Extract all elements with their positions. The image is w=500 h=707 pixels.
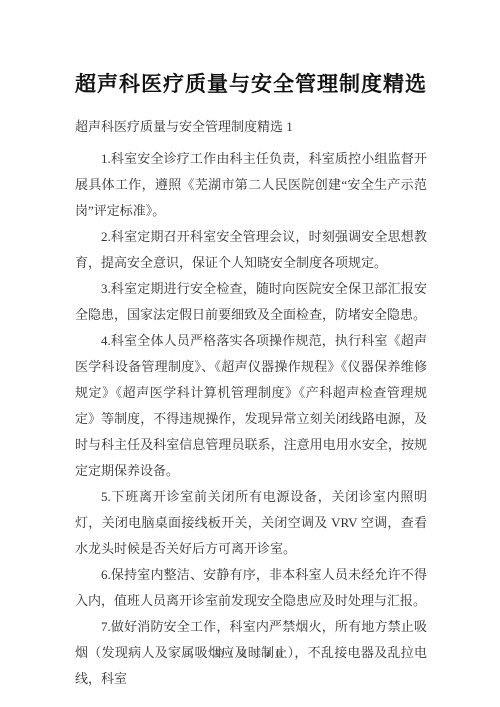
document-content: 超声科医疗质量与安全管理制度精选 超声科医疗质量与安全管理制度精选 1 1.科室… — [0, 0, 500, 692]
paragraph-6: 6.保持室内整洁、安静有序，非本科室人员未经允许不得入内，值班人员离开诊室前发现… — [75, 562, 427, 614]
paragraph-4: 4.科室全体人员严格落实各项操作规范，执行科室《超声医学科设备管理制度》、《超声… — [75, 328, 427, 484]
document-body: 1.科室安全诊疗工作由科主任负责，科室质控小组监督开展具体工作，遵照《芜湖市第二… — [75, 146, 427, 692]
paragraph-5: 5.下班离开诊室前关闭所有电源设备，关闭诊室内照明灯，关闭电脑桌面接线板开关，关… — [75, 484, 427, 562]
document-subtitle: 超声科医疗质量与安全管理制度精选 1 — [75, 118, 427, 135]
page-number: 第 1 页 共 4 页 — [0, 648, 500, 662]
paragraph-3: 3.科室定期进行安全检查，随时向医院安全保卫部汇报安全隐患，国家法定假日前要细致… — [75, 276, 427, 328]
document-title: 超声科医疗质量与安全管理制度精选 — [75, 70, 427, 98]
paragraph-2: 2.科室定期召开科室安全管理会议，时刻强调安全思想教育，提高安全意识，保证个人知… — [75, 224, 427, 276]
paragraph-1: 1.科室安全诊疗工作由科主任负责，科室质控小组监督开展具体工作，遵照《芜湖市第二… — [75, 146, 427, 224]
document-page: 超声科医疗质量与安全管理制度精选 超声科医疗质量与安全管理制度精选 1 1.科室… — [0, 0, 500, 707]
